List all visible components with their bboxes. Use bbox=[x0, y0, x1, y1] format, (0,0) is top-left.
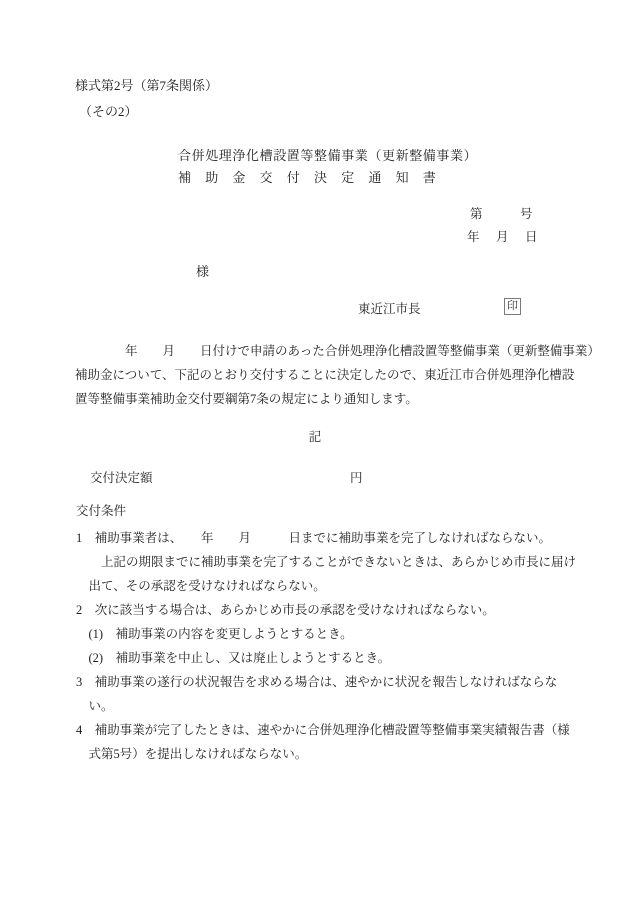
conditions-list: 1 補助事業者は、 年 月 日までに補助事業を完了しなければならない。 上記の期… bbox=[76, 526, 596, 766]
document-title-main: 補 助 金 交 付 決 定 通 知 書 bbox=[178, 166, 436, 190]
conditions-heading: 交付条件 bbox=[76, 499, 126, 523]
ki-marker: 記 bbox=[0, 425, 630, 449]
reference-number-blank: 第 号 bbox=[470, 202, 533, 226]
issuer-name: 東近江市長 bbox=[358, 297, 421, 321]
date-blank: 年 月 日 bbox=[467, 225, 540, 249]
grant-amount-unit: 円 bbox=[350, 466, 363, 490]
form-subnumber: （その2） bbox=[79, 100, 138, 124]
seal-label: 印 bbox=[507, 301, 518, 312]
document-title-project: 合併処理浄化槽設置等整備事業（更新整備事業） bbox=[178, 144, 477, 168]
form-number: 様式第2号（第7条関係） bbox=[75, 74, 218, 98]
document-page: 様式第2号（第7条関係） （その2） 合併処理浄化槽設置等整備事業（更新整備事業… bbox=[0, 0, 630, 903]
addressee-suffix: 様 bbox=[196, 260, 209, 284]
condition-item-3: 3 補助事業の遂行の状況報告を求める場合は、速やかに状況を報告しなければならな … bbox=[76, 670, 596, 718]
condition-item-2: 2 次に該当する場合は、あらかじめ市長の承認を受けなければならない。 (1) 補… bbox=[76, 598, 596, 670]
inkan-seal-placeholder: 印 bbox=[504, 298, 521, 315]
grant-amount-label: 交付決定額 bbox=[90, 466, 153, 490]
condition-item-4: 4 補助事業が完了したときは、速やかに合併処理浄化槽設置等整備事業実績報告書（様… bbox=[76, 718, 596, 766]
notification-paragraph: 年 月 日付けで申請のあった合併処理浄化槽設置等整備事業（更新整備事業） 補助金… bbox=[75, 339, 610, 411]
condition-item-1: 1 補助事業者は、 年 月 日までに補助事業を完了しなければならない。 上記の期… bbox=[76, 526, 596, 598]
